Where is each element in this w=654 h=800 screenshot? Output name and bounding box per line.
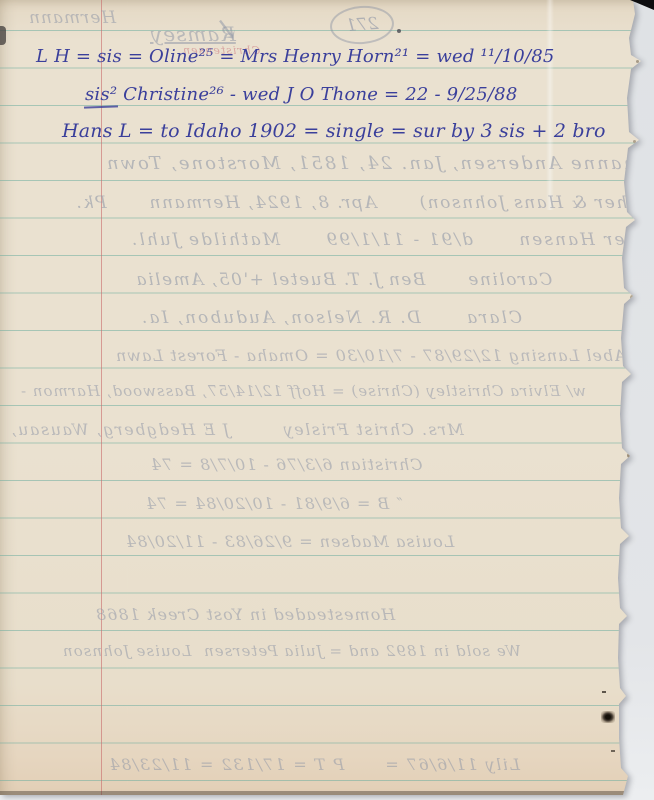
ink-stain-hole <box>601 711 615 723</box>
notebook-paper: Hermann Ramsey Christensen 271 ↘ Johanne… <box>0 0 654 795</box>
bleedthrough-line: Homesteaded in Yost Creek 1868 <box>95 605 395 624</box>
paper-crease <box>546 0 554 210</box>
bleedthrough-line: Christian 6/3/76 - 10/7/8 = 74 <box>150 455 423 474</box>
bleedthrough-line: (Luther & Hans Johnson) Apr. 8, 1924, He… <box>75 193 654 213</box>
bleedthrough-page-number: 271 <box>345 14 379 36</box>
paper-shadow-wrap: Hermann Ramsey Christensen 271 ↘ Johanne… <box>0 0 654 795</box>
bleedthrough-line: Caroline Ben J. T. Buetel +'05, Amelia <box>135 270 552 290</box>
handwriting-line-3: Hans L = to Idaho 1902 = single = sur by… <box>62 120 606 142</box>
bleedthrough-line: w/ Elvira Christley (Chrise) = Hoff 12/1… <box>20 382 586 400</box>
bleedthrough-line: Mrs. Christ Frisley J E Hedgberg, Wausau… <box>10 420 464 439</box>
handwriting-line-2: sis² Christine²⁶ - wed J O Thone = 22 - … <box>85 84 517 105</box>
bleedthrough-line: Lily 11/6/67 = P T = 17/132 = 11/23/84 <box>108 755 520 774</box>
bleedthrough-line: Johanne Andersen, Jan. 24, 1851, Morston… <box>105 153 654 174</box>
torn-edge-specks <box>636 60 639 63</box>
ink-dot <box>397 29 401 33</box>
bleedthrough-line: Abel Lansing 12/29/87 - 7/10/30 = Omaha … <box>115 346 626 365</box>
left-edge-mark <box>0 26 6 45</box>
bleedthrough-line: Peter Hansen d/91 - 11/1/99 Mathilde Juh… <box>130 230 654 250</box>
page-bottom-shadow <box>0 791 654 795</box>
scanned-page: Hermann Ramsey Christensen 271 ↘ Johanne… <box>0 0 654 800</box>
bleedthrough-line: We sold in 1892 and = Julia Petersen Lou… <box>62 642 521 660</box>
handwriting-line-1: L H = sis = Oline²⁵ = Mrs Henry Horn²¹ =… <box>36 46 555 67</box>
bleedthrough-line: ″ B = 6/9/81 - 10/20/84 = 74 <box>145 494 402 513</box>
bleedthrough-line: Clara D. R. Nelson, Audubon, Ia. <box>140 308 522 328</box>
down-right-arrow-icon: ↘ <box>212 10 242 48</box>
bleedthrough-line: Louisa Madsen = 9/26/83 - 11/20/84 <box>125 532 454 551</box>
ruled-lines <box>0 30 654 782</box>
bleedthrough-corner-name: Hermann <box>28 8 116 28</box>
